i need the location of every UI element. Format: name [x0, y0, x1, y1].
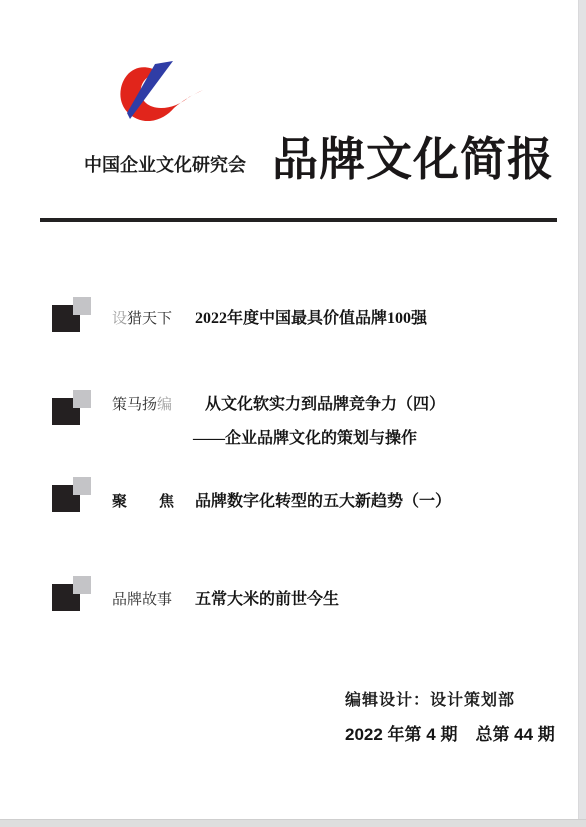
bullet-gray-square: [73, 390, 91, 408]
toc-category: 设猎天下: [112, 307, 174, 328]
bullet-squares-icon: [52, 390, 91, 425]
toc-item: 策马扬编 从文化软实力到品牌竞争力（四） ——企业品牌文化的策划与操作: [52, 390, 445, 448]
org-name: 中国企业文化研究会: [84, 151, 246, 177]
bullet-gray-square: [73, 477, 91, 495]
toc-category-main: 聚 焦: [112, 494, 174, 510]
toc-item: 设猎天下 2022年度中国最具价值品牌100强: [52, 297, 427, 332]
toc-category-muted: 设: [112, 311, 127, 327]
toc-title: 品牌数字化转型的五大新趋势（一）: [195, 492, 451, 511]
issue-number: 2022 年第 4 期: [345, 725, 457, 744]
page-bottom-edge: [0, 819, 586, 827]
toc-subtitle: ——企业品牌文化的策划与操作: [193, 429, 445, 448]
toc-category-main: 策马扬: [112, 397, 157, 413]
bullet-squares-icon: [52, 477, 91, 512]
cumulative-issue-number: 总第 44 期: [475, 725, 554, 744]
toc-title: 五常大米的前世今生: [195, 590, 339, 609]
page-right-edge: [578, 0, 586, 827]
document-page: 中国企业文化研究会 品牌文化简报 设猎天下 2022年度中国最具价值品牌100强…: [0, 0, 586, 827]
toc-item: 品牌故事 五常大米的前世今生: [52, 576, 339, 611]
toc-category: 聚 焦: [112, 490, 174, 511]
issue-info: 2022 年第 4 期总第 44 期: [345, 720, 555, 745]
toc-item: 聚 焦 品牌数字化转型的五大新趋势（一）: [52, 477, 451, 512]
toc-category: 品牌故事: [112, 588, 174, 609]
toc-category: 策马扬编: [112, 393, 174, 414]
bullet-gray-square: [73, 297, 91, 315]
bullet-gray-square: [73, 576, 91, 594]
toc-category-muted: 编: [157, 397, 172, 413]
bullet-squares-icon: [52, 297, 91, 332]
header-divider: [40, 218, 557, 222]
toc-title: 从文化软实力到品牌竞争力（四）: [193, 395, 445, 414]
editor-credit: 编辑设计：设计策划部: [345, 687, 515, 710]
toc-title: 2022年度中国最具价值品牌100强: [195, 309, 427, 328]
toc-category-main: 猎天下: [127, 311, 172, 327]
bullet-squares-icon: [52, 576, 91, 611]
page-title: 品牌文化简报: [272, 136, 554, 182]
org-logo-icon: [119, 61, 204, 127]
toc-category-main: 品牌故事: [112, 592, 172, 608]
